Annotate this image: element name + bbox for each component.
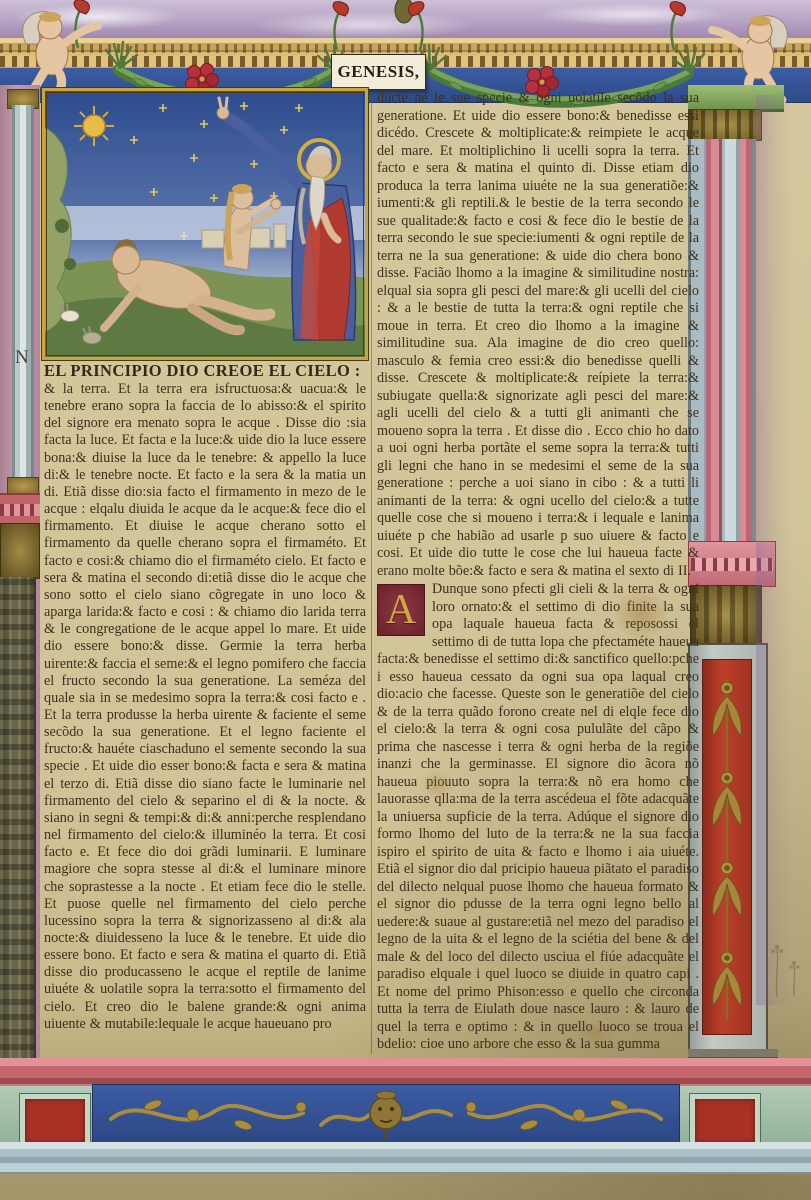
right-margin-shadow [756,95,794,1005]
trumpet-flower-heads [74,0,685,16]
bottom-red-square-left [20,1094,90,1148]
red-candelabra-panel [702,659,752,1035]
right-column-body-bottom: Dunque sono pfecti gli cieli & la terra … [377,581,699,1052]
right-column-body-top: ducte ne le sue specie & ogni uolatile s… [377,90,699,580]
manuscript-page: GENESIS, N [0,0,811,1200]
left-column-body: & la terra. Et la terra era isfructuosa:… [44,381,366,1033]
left-column-shaft [12,105,34,479]
rubricator-guide-letter: N [15,347,33,369]
left-carved-bracket [0,523,40,579]
genesis-title-label: GENESIS, [331,54,426,90]
mask-motif [370,1091,402,1139]
column-gutter-rule [371,92,372,1054]
right-column-paragraph-2: A Dunque sono pfecti gli cieli & la terr… [377,581,699,1054]
sun [74,106,114,146]
page-stain [420,770,454,800]
bottom-blue-frieze [92,1084,680,1144]
right-text-column: ducte ne le sue specie & ogni uolatile s… [377,89,699,1059]
right-carved-bracket [690,585,762,645]
gold-candelabra-ornament [703,660,751,1034]
page-title: GENESIS, [338,62,420,82]
left-text-column: EL PRINCIPIO DIO CREOE EL CIELO : & la t… [44,361,366,1053]
trumpet-flowers [75,10,676,50]
bottom-red-square-right [690,1094,760,1148]
creation-miniature [42,88,368,360]
right-capitals-band [688,109,762,141]
left-pilaster-border: N [0,85,40,1065]
left-dentil-band [0,493,40,527]
bottom-scroll-ornament [93,1085,679,1143]
page-stain [575,1020,615,1046]
chapter-heading: EL PRINCIPIO DIO CREOE EL CIELO : [44,361,366,380]
margin-sketched-flowers [768,935,806,999]
bottom-plinth [0,1142,811,1174]
page-stain [612,588,670,640]
illuminated-initial: A [377,584,425,636]
left-carved-strip [0,577,36,1065]
